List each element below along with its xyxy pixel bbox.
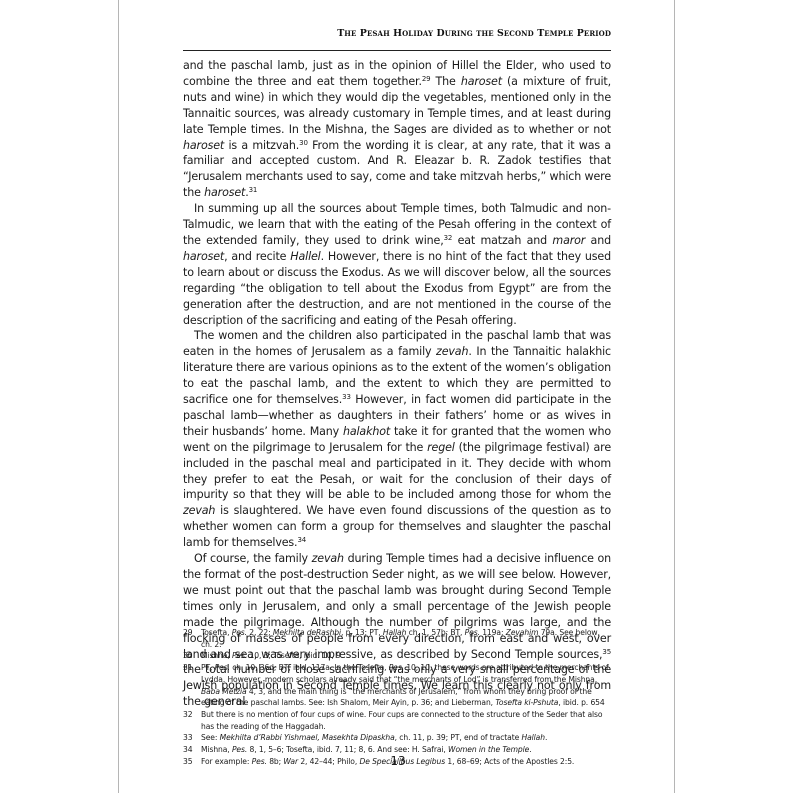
page-edge-right: [674, 0, 675, 793]
footnote-text: See: Mekhilta d’Rabbi Yishmael, Masekhta…: [201, 732, 611, 744]
footnote-number: 31: [183, 662, 201, 709]
footnote-text: Tosefta, Pes. 2, 22; Mekhilta deRashbi, …: [201, 627, 611, 650]
footnote: 32But there is no mention of four cups o…: [183, 709, 611, 732]
footnote-text: PT, Pes. ch. 10, 36d; BT, ibid. 117a. In…: [201, 662, 611, 709]
header-rule: [183, 50, 611, 51]
running-head: The Pesah Holiday During the Second Temp…: [183, 28, 611, 39]
footnote: 33See: Mekhilta d’Rabbi Yishmael, Masekh…: [183, 732, 611, 744]
page-number: 13: [383, 754, 413, 768]
footnote-number: 30: [183, 650, 201, 662]
footnotes: 29Tosefta, Pes. 2, 22; Mekhilta deRashbi…: [183, 627, 611, 767]
footnote: 30Mishna, Pes. 10, 3; Tosefta, ibid. 10,…: [183, 650, 611, 662]
paragraph: and the paschal lamb, just as in the opi…: [183, 58, 611, 201]
paragraph: In summing up all the sources about Temp…: [183, 201, 611, 328]
body-text: and the paschal lamb, just as in the opi…: [183, 58, 611, 710]
footnote-number: 35: [183, 756, 201, 768]
paragraph: The women and the children also particip…: [183, 328, 611, 551]
footnote-number: 29: [183, 627, 201, 650]
footnote-number: 33: [183, 732, 201, 744]
footnote: 29Tosefta, Pes. 2, 22; Mekhilta deRashbi…: [183, 627, 611, 650]
page-edge-left: [118, 0, 119, 793]
footnote-text: Mishna, Pes. 10, 3; Tosefta, ibid. 10, 9…: [201, 650, 611, 662]
footnote: 31PT, Pes. ch. 10, 36d; BT, ibid. 117a. …: [183, 662, 611, 709]
footnote-number: 34: [183, 744, 201, 756]
footnote-text: But there is no mention of four cups of …: [201, 709, 611, 732]
footnote-number: 32: [183, 709, 201, 732]
